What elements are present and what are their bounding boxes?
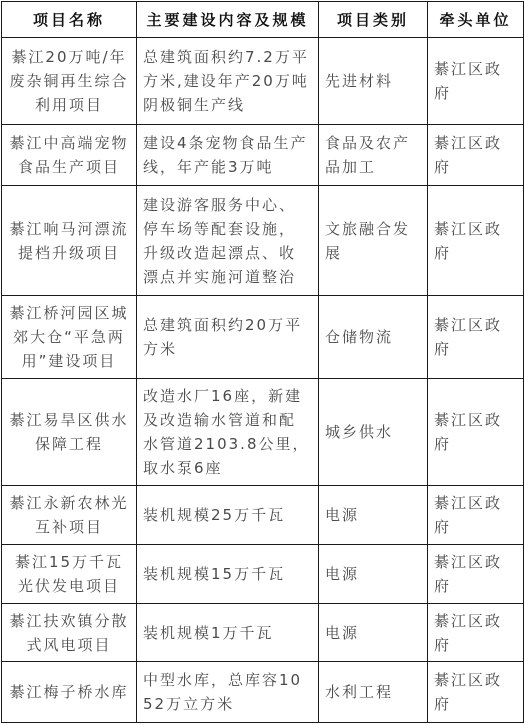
content-cell: 装机规模1万千瓦	[137, 604, 319, 662]
table-row: 綦江永新农林光互补项目装机规模25万千瓦电源綦江区政府	[2, 486, 524, 545]
lead-unit-cell: 綦江区政府	[428, 662, 524, 723]
lead-unit-cell: 綦江区政府	[428, 296, 524, 379]
lead-unit-cell: 綦江区政府	[428, 38, 524, 125]
table-row: 綦江梅子桥水库中型水库，总库容1052万立方米水利工程綦江区政府	[2, 662, 524, 723]
header-project-name: 项目名称	[2, 2, 137, 38]
lead-unit-cell: 綦江区政府	[428, 604, 524, 662]
header-row: 项目名称 主要建设内容及规模 项目类别 牵头单位	[2, 2, 524, 38]
content-cell: 改造水厂16座，新建及改造输水管道和配水管道2103.8公里，取水泵6座	[137, 379, 319, 486]
project-name-cell: 綦江易旱区供水保障工程	[2, 379, 137, 486]
table-row: 綦江易旱区供水保障工程改造水厂16座，新建及改造输水管道和配水管道2103.8公…	[2, 379, 524, 486]
table-row: 綦江响马河漂流提档升级项目建设游客服务中心、停车场等配套设施，升级改造起漂点、收…	[2, 186, 524, 296]
type-cell: 水利工程	[319, 662, 428, 723]
type-cell: 仓储物流	[319, 296, 428, 379]
type-cell: 电源	[319, 486, 428, 545]
table-row: 綦江扶欢镇分散式风电项目装机规模1万千瓦电源綦江区政府	[2, 604, 524, 662]
lead-unit-cell: 綦江区政府	[428, 379, 524, 486]
project-table: 项目名称 主要建设内容及规模 项目类别 牵头单位 綦江20万吨/年废杂铜再生综合…	[1, 1, 524, 723]
type-cell: 电源	[319, 604, 428, 662]
project-name-cell: 綦江中高端宠物食品生产项目	[2, 125, 137, 186]
lead-unit-cell: 綦江区政府	[428, 125, 524, 186]
header-lead-unit: 牵头单位	[428, 2, 524, 38]
type-cell: 城乡供水	[319, 379, 428, 486]
project-name-cell: 綦江扶欢镇分散式风电项目	[2, 604, 137, 662]
content-cell: 中型水库，总库容1052万立方米	[137, 662, 319, 723]
project-name-cell: 綦江梅子桥水库	[2, 662, 137, 723]
table-row: 綦江中高端宠物食品生产项目建设4条宠物食品生产线，年产能3万吨食品及农产品加工綦…	[2, 125, 524, 186]
lead-unit-cell: 綦江区政府	[428, 186, 524, 296]
table-row: 綦江桥河园区城郊大仓“平急两用”建设项目总建筑面积约20万平方米仓储物流綦江区政…	[2, 296, 524, 379]
lead-unit-cell: 綦江区政府	[428, 486, 524, 545]
content-cell: 总建筑面积约20万平方米	[137, 296, 319, 379]
content-cell: 建设4条宠物食品生产线，年产能3万吨	[137, 125, 319, 186]
header-main-content: 主要建设内容及规模	[137, 2, 319, 38]
project-name-cell: 綦江桥河园区城郊大仓“平急两用”建设项目	[2, 296, 137, 379]
project-name-cell: 綦江永新农林光互补项目	[2, 486, 137, 545]
project-name-cell: 綦江响马河漂流提档升级项目	[2, 186, 137, 296]
type-cell: 食品及农产品加工	[319, 125, 428, 186]
content-cell: 总建筑面积约7.2万平方米,建设年产20万吨阴极铜生产线	[137, 38, 319, 125]
project-name-cell: 綦江20万吨/年废杂铜再生综合利用项目	[2, 38, 137, 125]
header-project-type: 项目类别	[319, 2, 428, 38]
content-cell: 装机规模15万千瓦	[137, 545, 319, 604]
table-row: 綦江20万吨/年废杂铜再生综合利用项目总建筑面积约7.2万平方米,建设年产20万…	[2, 38, 524, 125]
type-cell: 先进材料	[319, 38, 428, 125]
project-name-cell: 綦江15万千瓦光伏发电项目	[2, 545, 137, 604]
type-cell: 电源	[319, 545, 428, 604]
content-cell: 建设游客服务中心、停车场等配套设施，升级改造起漂点、收漂点并实施河道整治	[137, 186, 319, 296]
lead-unit-cell: 綦江区政府	[428, 545, 524, 604]
type-cell: 文旅融合发展	[319, 186, 428, 296]
table-row: 綦江15万千瓦光伏发电项目装机规模15万千瓦电源綦江区政府	[2, 545, 524, 604]
content-cell: 装机规模25万千瓦	[137, 486, 319, 545]
